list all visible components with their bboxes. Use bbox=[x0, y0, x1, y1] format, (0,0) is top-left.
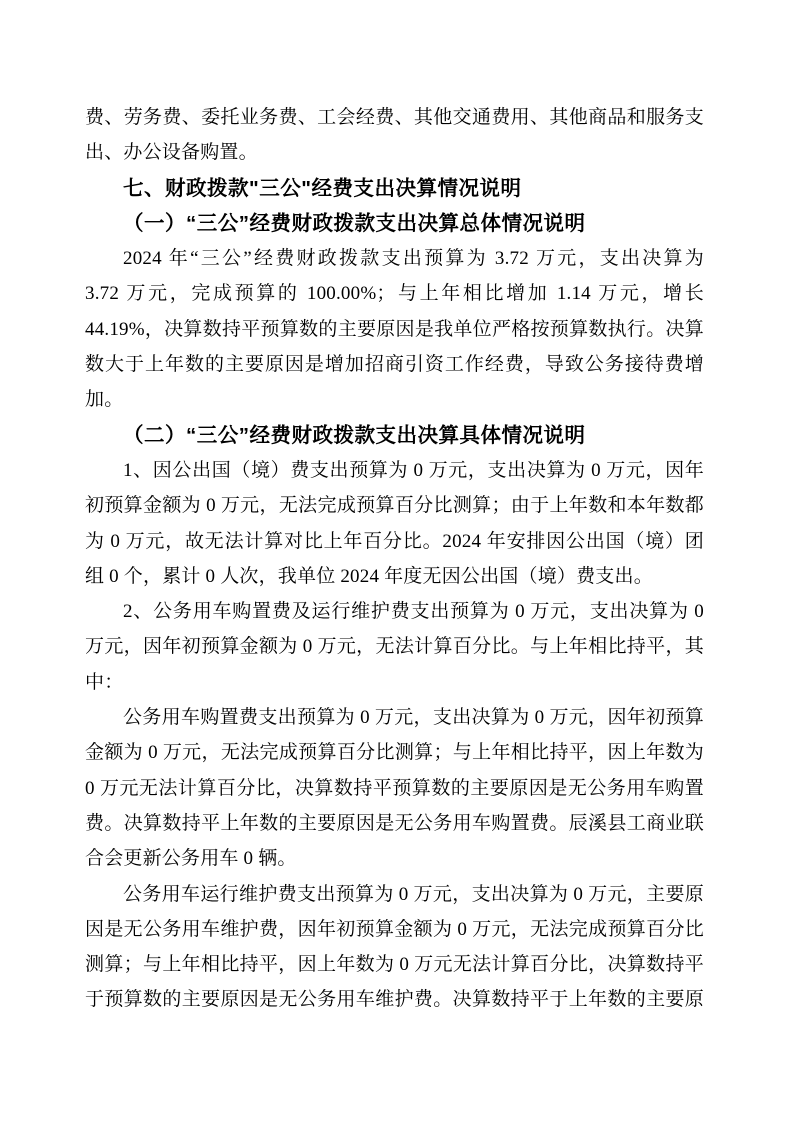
text-line: 组 0 个，累计 0 人次，我单位 2024 年度无因公出国（境）费支出。 bbox=[85, 559, 704, 594]
text-line: 初预算金额为 0 万元，无法完成预算百分比测算；由于上年数和本年数都 bbox=[85, 488, 704, 523]
heading-section-7: 七、财政拨款"三公"经费支出决算情况说明 bbox=[85, 171, 704, 206]
paragraph-item-2-official-vehicles: 2、公务用车购置费及运行维护费支出预算为 0 万元，支出决算为 0万元，因年初预… bbox=[85, 594, 704, 700]
text-line: 2、公务用车购置费及运行维护费支出预算为 0 万元，支出决算为 0 bbox=[85, 594, 704, 629]
text-line: 测算；与上年相比持平，因上年数为 0 万元无法计算百分比，决算数持平 bbox=[85, 947, 704, 982]
paragraph-vehicle-maintenance: 公务用车运行维护费支出预算为 0 万元，支出决算为 0 万元，主要原因是无公务用… bbox=[85, 877, 704, 1018]
text-line: 3.72 万元，完成预算的 100.00%；与上年相比增加 1.14 万元，增长 bbox=[85, 276, 704, 311]
heading-line: （二）“三公”经费财政拨款支出决算具体情况说明 bbox=[85, 418, 704, 453]
text-line: 公务用车购置费支出预算为 0 万元，支出决算为 0 万元，因年初预算 bbox=[85, 700, 704, 735]
heading-line: （一）“三公”经费财政拨款支出决算总体情况说明 bbox=[85, 206, 704, 241]
text-line: 加。 bbox=[85, 382, 704, 417]
paragraph-vehicle-purchase: 公务用车购置费支出预算为 0 万元，支出决算为 0 万元，因年初预算金额为 0 … bbox=[85, 700, 704, 876]
text-line: 44.19%，决算数持平预算数的主要原因是我单位严格按预算数执行。决算 bbox=[85, 312, 704, 347]
text-line: 费、劳务费、委托业务费、工会经费、其他交通费用、其他商品和服务支 bbox=[85, 100, 704, 135]
heading-line: 七、财政拨款"三公"经费支出决算情况说明 bbox=[85, 171, 704, 206]
text-line: 金额为 0 万元，无法完成预算百分比测算；与上年相比持平，因上年数为 bbox=[85, 735, 704, 770]
paragraph-item-1-overseas-travel: 1、因公出国（境）费支出预算为 0 万元，支出决算为 0 万元，因年初预算金额为… bbox=[85, 453, 704, 594]
paragraph-overall-situation: 2024 年“三公”经费财政拨款支出预算为 3.72 万元，支出决算为3.72 … bbox=[85, 241, 704, 417]
paragraph-expense-items-continued: 费、劳务费、委托业务费、工会经费、其他交通费用、其他商品和服务支出、办公设备购置… bbox=[85, 100, 704, 171]
text-line: 于预算数的主要原因是无公务用车维护费。决算数持平于上年数的主要原 bbox=[85, 982, 704, 1017]
document-content: 费、劳务费、委托业务费、工会经费、其他交通费用、其他商品和服务支出、办公设备购置… bbox=[85, 100, 704, 1018]
text-line: 2024 年“三公”经费财政拨款支出预算为 3.72 万元，支出决算为 bbox=[85, 241, 704, 276]
text-line: 中： bbox=[85, 665, 704, 700]
text-line: 为 0 万元，故无法计算对比上年百分比。2024 年安排因公出国（境）团 bbox=[85, 524, 704, 559]
text-line: 公务用车运行维护费支出预算为 0 万元，支出决算为 0 万元，主要原 bbox=[85, 877, 704, 912]
text-line: 数大于上年数的主要原因是增加招商引资工作经费，导致公务接待费增 bbox=[85, 347, 704, 382]
text-line: 出、办公设备购置。 bbox=[85, 135, 704, 170]
text-line: 合会更新公务用车 0 辆。 bbox=[85, 841, 704, 876]
text-line: 万元，因年初预算金额为 0 万元，无法计算百分比。与上年相比持平，其 bbox=[85, 629, 704, 664]
heading-subsection-2: （二）“三公”经费财政拨款支出决算具体情况说明 bbox=[85, 418, 704, 453]
text-line: 因是无公务用车维护费，因年初预算金额为 0 万元，无法完成预算百分比 bbox=[85, 912, 704, 947]
text-line: 0 万元无法计算百分比，决算数持平预算数的主要原因是无公务用车购置 bbox=[85, 771, 704, 806]
document-page: 费、劳务费、委托业务费、工会经费、其他交通费用、其他商品和服务支出、办公设备购置… bbox=[0, 0, 793, 1122]
text-line: 费。决算数持平上年数的主要原因是无公务用车购置费。辰溪县工商业联 bbox=[85, 806, 704, 841]
text-line: 1、因公出国（境）费支出预算为 0 万元，支出决算为 0 万元，因年 bbox=[85, 453, 704, 488]
heading-subsection-1: （一）“三公”经费财政拨款支出决算总体情况说明 bbox=[85, 206, 704, 241]
